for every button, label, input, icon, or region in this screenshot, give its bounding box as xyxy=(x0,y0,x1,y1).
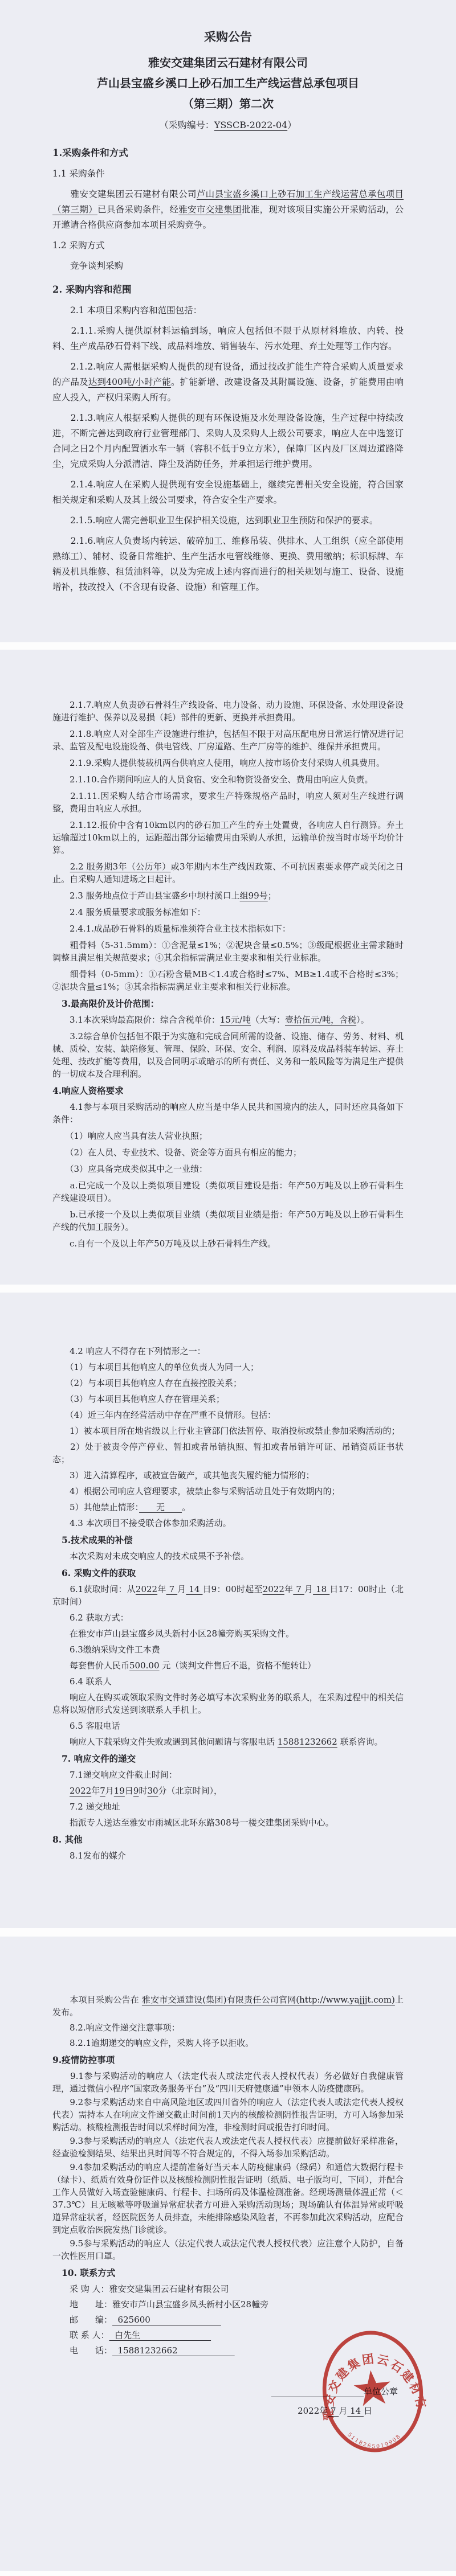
paragraph: 2.1.10.合作期间响应人的人员食宿、安全和物资设备安全、费用由响应人负责。 xyxy=(52,773,404,786)
text-run: 10. 联系方式 xyxy=(62,2267,115,2278)
text-run: 2.4.1.成品砂石骨料的质量标准须符合业主技术指标如下： xyxy=(52,924,291,934)
text-run: ）。 xyxy=(356,1015,369,1025)
text-run: 6.2 获取方式： xyxy=(52,1613,129,1623)
paragraph: 2.4.1.成品砂石骨料的质量标准须符合业主技术指标如下： xyxy=(52,922,404,935)
text-run: 2.1.7.响应人负责砂石骨料生产线设备、电力设备、动力设施、环保设备、水处理设… xyxy=(52,700,404,723)
text-run: 9.4参加采购活动的响应人提前准备好当天本人防疫健康码（绿码）和通信大数据行程卡… xyxy=(52,2162,404,2235)
paragraph: 响应人在购买或领取采购文件时务必填写本次采购业务的联系人，在采购过程中的相关信息… xyxy=(52,1691,404,1716)
text-run: 6.5 客服电话 xyxy=(52,1721,120,1731)
text-run: 时 xyxy=(139,1786,147,1796)
text-run: 2.4 服务质量要求或服务标准如下： xyxy=(52,907,206,917)
paragraph: 9.2参与采购活动来自中高风险地区或四川省外的响应人（法定代表人或法定代表人授权… xyxy=(52,2096,404,2134)
doc-subtitle: （第三期）第二次 xyxy=(52,93,404,114)
text-run: 元（谈判文件售后不退，资格不能转让） xyxy=(160,1660,316,1671)
paragraph: 9.4参加采购活动的响应人提前准备好当天本人防疫健康码（绿码）和通信大数据行程卡… xyxy=(52,2161,404,2236)
paragraph: 细骨料（0-5mm）：①石粉含量MB＜1.4或合格时≤7%、MB≥1.4或不合格… xyxy=(52,968,404,993)
underlined-text xyxy=(271,2386,364,2397)
text-run: 响应人在购买或领取采购文件时务必填写本次采购业务的联系人，在采购过程中的相关信息… xyxy=(52,1692,404,1715)
paragraph: 6.2 获取方式： xyxy=(52,1611,404,1624)
paragraph: 2.1.12.报价中含有10km以内的砂石加工产生的弃土处置费，各响应人自行测算… xyxy=(52,819,404,856)
text-run: 3）进入清算程序，或被宣告破产，或其他丧失履约能力情形的； xyxy=(52,1470,315,1480)
text-run: 9.疫情防控事项 xyxy=(52,2054,115,2065)
paragraph: 2.1.1.采购人提供原材料运输到场，响应人包括但不限于从原材料堆放、内转、投料… xyxy=(52,323,404,354)
page-3: 4.2 响应人不得存在下列情形之一： （1）与本项目其他响应人的单位负责人为同一… xyxy=(0,1293,456,1928)
section-heading: 8. 其他 xyxy=(52,1833,404,1846)
underlined-text: 7 xyxy=(328,2406,339,2416)
underlined-text: 无 xyxy=(139,1502,182,1512)
text-run: 本项目采购公告在 xyxy=(52,1995,142,2005)
text-run: 1.2 采购方式 xyxy=(52,240,105,251)
text-run: 已具备采购条件，经 xyxy=(97,204,178,215)
text-run: （3）应具备完成类似其中之一业绩： xyxy=(52,1164,207,1174)
paragraph: 6.1获取时间：从2022年 7 月 14 日9：00时起至2022年 7 月 … xyxy=(52,1583,404,1608)
underlined-text: 14 xyxy=(347,2406,364,2416)
text-run: 联系咨询。 xyxy=(337,1737,383,1747)
paragraph: 4.2 响应人不得存在下列情形之一： xyxy=(52,1345,404,1357)
text-run: 采 购 人：雅安交建集团云石建材有限公司 xyxy=(52,2284,229,2294)
text-run: 6.1获取时间：从 xyxy=(52,1584,136,1594)
paragraph: （2）在人员、专业技术、设备、资金等方面具有相应的能力； xyxy=(52,1146,404,1159)
text-run: 单位公章 xyxy=(364,2386,398,2397)
paragraph: 2.1 本项目采购内容和范围包括： xyxy=(52,303,404,318)
text-run: 每套售价人民币 xyxy=(52,1660,129,1671)
underlined-text: 白先生 xyxy=(109,2330,211,2340)
section-heading: 9.疫情防控事项 xyxy=(52,2054,404,2066)
announcement-date: 2022年 7 月 14 日 xyxy=(52,2405,404,2417)
doc-subtitle: 芦山县宝盛乡溪口上砂石加工生产线运营总承包项目 xyxy=(52,73,404,93)
underlined-text: 2.2 服务期3年（公历年） xyxy=(70,862,171,872)
underlined-text: 500.00 xyxy=(129,1660,160,1671)
text-run: 8. 其他 xyxy=(52,1834,83,1845)
paragraph: 2）处于被责令停产停业、暂扣或者吊销执照、暂扣或者吊销许可证、吊销资质证书状态； xyxy=(52,1441,404,1466)
paragraph: 6.3缴纳采购文件工本费 xyxy=(52,1643,404,1656)
signature-line: 单位公章 xyxy=(52,2385,404,2398)
paragraph: 2.1.9.采购人提供装载机两台供响应人使用，响应人按市场价支付采购人机具费用。 xyxy=(52,757,404,769)
text-run: 2.1.10.合作期间响应人的人员食宿、安全和物资设备安全、费用由响应人负责。 xyxy=(52,774,373,785)
paragraph: （3）与本项目其他响应人存在管理关系； xyxy=(52,1393,404,1405)
procurement-code-line: （采购编号：YSSCB-2022-04） xyxy=(52,117,404,133)
text-run: （2）在人员、专业技术、设备、资金等方面具有相应的能力； xyxy=(52,1147,302,1158)
paragraph: 2.1.7.响应人负责砂石骨料生产线设备、电力设备、动力设施、环保设备、水处理设… xyxy=(52,699,404,724)
underlined-text: 9 xyxy=(133,1786,139,1796)
page-2: 2.1.7.响应人负责砂石骨料生产线设备、电力设备、动力设施、环保设备、水处理设… xyxy=(0,650,456,1285)
underlined-text: 2022 xyxy=(136,1584,157,1594)
paragraph: 地 址：雅安市芦山县宝盛乡凤头新村小区28幢旁 xyxy=(52,2298,404,2311)
page-1: 采购公告雅安交建集团云石建材有限公司芦山县宝盛乡溪口上砂石加工生产线运营总承包项… xyxy=(0,0,456,642)
text-run: 4.2 响应人不得存在下列情形之一： xyxy=(52,1346,206,1356)
paragraph: 本项目采购公告在 雅安市交通建设(集团)有限责任公司官网(http://www.… xyxy=(52,1993,404,2019)
text-run: 2.1.5.响应人需完善职业卫生保护相关设施，达到职业卫生预防和保护的要求。 xyxy=(52,515,378,526)
paragraph: 2.4 服务质量要求或服务标准如下： xyxy=(52,906,404,918)
doc-title: 采购公告 xyxy=(52,28,404,46)
text-run: 年 xyxy=(157,1584,166,1594)
paragraph: 在雅安市芦山县宝盛乡凤头新村小区28幢旁购买采购文件。 xyxy=(52,1627,404,1640)
paragraph: 6.5 客服电话 xyxy=(52,1720,404,1732)
paragraph: （4）近三年内在经营活动中存在严重不良情形。包括： xyxy=(52,1409,404,1421)
paragraph: 3.1本次采购最高限价：综合含税单价：15元/吨（大写：壹拾伍元/吨，含税）。 xyxy=(52,1014,404,1026)
paragraph: 响应人下载采购文件失败或遇到其他问题请与客服电话 15881232662 联系咨… xyxy=(52,1736,404,1748)
paragraph: 2.1.6.响应人负责场内转运、破碎加工、维修吊装、供排水、人工组织（应全部使用… xyxy=(52,534,404,595)
text-run: 芦山县宝盛乡溪口上砂石加工生产线运营总承包项目 xyxy=(97,76,359,90)
text-run: 粗骨料（5-31.5mm）：①含泥量≤1%；②泥块含量≤0.5%；③级配根据业主… xyxy=(52,940,404,963)
page-4: 本项目采购公告在 雅安市交通建设(集团)有限责任公司官网(http://www.… xyxy=(0,1937,456,2571)
paragraph: 3）进入清算程序，或被宣告破产，或其他丧失履约能力情形的； xyxy=(52,1469,404,1482)
underlined-text: 7 xyxy=(100,1786,105,1796)
text-run: 7. 响应文件的递交 xyxy=(62,1753,136,1764)
text-run: 8.1发布的媒介 xyxy=(52,1851,126,1861)
text-run xyxy=(52,862,70,872)
text-run: 日9：00时起至 xyxy=(202,1584,262,1594)
paragraph: b.已承接一个及以上类似项目业绩（类似项目业绩是指：年产50万吨及以上砂石骨料生… xyxy=(52,1208,404,1233)
text-run: （1）响应人应当具有法人营业执照； xyxy=(52,1131,207,1141)
paragraph: （2）与本项目其他响应人存在直接控股关系； xyxy=(52,1377,404,1389)
text-run: 8.2.1逾期递交的响应文件，采购人将予以拒收。 xyxy=(52,2038,254,2048)
text-run: 2.1.8.响应人对全部生产设施进行维护，包括但不限于对高压配电房日常运行情况进… xyxy=(52,729,404,752)
text-run: 1）被本项目所在地省级以上行业主管部门依法暂停、取消投标或禁止参加采购活动的； xyxy=(52,1426,400,1436)
text-run: 9.1参与采购活动的响应人（法定代表人或法定代表人授权代表）务必做好自我健康管理… xyxy=(52,2071,404,2094)
section-heading: 6. 采购文件的获取 xyxy=(52,1567,404,1580)
paragraph: 2.1.2.响应人需根据采购人提供的现有设备，通过技改扩能生产符合采购人质量要求… xyxy=(52,359,404,405)
paragraph: 1）被本项目所在地省级以上行业主管部门依法暂停、取消投标或禁止参加采购活动的； xyxy=(52,1425,404,1437)
section-heading: 4.响应人资格要求 xyxy=(52,1085,404,1097)
text-run: 联 系 人： xyxy=(52,2330,109,2340)
text-run: 月 xyxy=(304,1584,313,1594)
text-run: 4）根据公司响应人管理要求，被禁止参与采购活动且处于有效期内的； xyxy=(52,1486,340,1496)
underlined-text: 625600 xyxy=(112,2315,221,2325)
underlined-text: 2022 xyxy=(70,1786,91,1796)
text-run: （3）与本项目其他响应人存在管理关系； xyxy=(52,1394,225,1404)
paragraph: 2.1.4.响应人在采购人提供现有安全设施基础上，继续完善相关安全设施，符合国家… xyxy=(52,477,404,508)
text-run: （采购编号： xyxy=(160,120,214,130)
text-run: 5.技术成果的补偿 xyxy=(62,1535,133,1545)
paragraph: 8.2.响应文件递交注意事项： xyxy=(52,2021,404,2034)
paragraph: 电 话： 15881232662 xyxy=(52,2344,404,2357)
text-run: 6.4 联系人 xyxy=(52,1676,112,1687)
paragraph: 2.1.5.响应人需完善职业卫生保护相关设施，达到职业卫生预防和保护的要求。 xyxy=(52,513,404,528)
text-run: （大写： xyxy=(251,1015,285,1025)
underlined-text: YSSCB-2022-04 xyxy=(214,120,287,130)
paragraph: 1.1 采购条件 xyxy=(52,166,404,182)
text-run: 月 xyxy=(105,1786,114,1796)
paragraph: 6.4 联系人 xyxy=(52,1675,404,1688)
paragraph: 粗骨料（5-31.5mm）：①含泥量≤1%；②泥块含量≤0.5%；③级配根据业主… xyxy=(52,939,404,964)
text-run: ） xyxy=(287,120,296,130)
text-run: 在雅安市芦山县宝盛乡凤头新村小区28幢旁购买采购文件。 xyxy=(52,1629,294,1639)
text-run: 6.3缴纳采购文件工本费 xyxy=(52,1644,160,1655)
text-run: 2.1.4.响应人在采购人提供现有安全设施基础上，继续完善相关安全设施，符合国家… xyxy=(52,479,404,505)
paragraph: 2022年7月19日9时30分（北京时间）， xyxy=(52,1785,404,1797)
text-run: 6. 采购文件的获取 xyxy=(62,1568,136,1578)
paragraph: 9.5参与采购活动的响应人（法定代表人或法定代表人授权代表）应注意个人防护，自备… xyxy=(52,2237,404,2262)
text-run: 分（北京时间）， xyxy=(158,1786,223,1796)
paragraph: 2.1.3.响应人根据采购人提供的现有环保设施及水处理设备设施，生产过程中持续改… xyxy=(52,411,404,472)
paragraph: 每套售价人民币500.00 元（谈判文件售后不退，资格不能转让） xyxy=(52,1659,404,1672)
text-run: 4.1参与本项目采购活动的响应人应当是中华人民共和国境内的法人，同时还应具备如下… xyxy=(52,1102,404,1125)
underlined-text: 18 xyxy=(313,1584,329,1594)
text-run: 1.1 采购条件 xyxy=(52,169,105,179)
underlined-text: 7 xyxy=(293,1584,304,1594)
paragraph: 2.1.8.响应人对全部生产设施进行维护，包括但不限于对高压配电房日常运行情况进… xyxy=(52,728,404,753)
paragraph: （1）响应人应当具有法人营业执照； xyxy=(52,1130,404,1142)
text-run: （2）与本项目其他响应人存在直接控股关系； xyxy=(52,1378,242,1388)
text-run: 2.1.12.报价中含有10km以内的砂石加工产生的弃土处置费，各响应人自行测算… xyxy=(52,820,404,855)
text-run: 本次采购对未成交响应人的技术成果不予补偿。 xyxy=(52,1551,249,1561)
section-heading: 2. 采购内容和范围 xyxy=(52,282,404,297)
paragraph: 8.1发布的媒介 xyxy=(52,1849,404,1862)
text-run: 。 xyxy=(182,1502,190,1512)
section-heading: 3.最高限价及计价范围： xyxy=(52,998,404,1010)
text-run: 9.5参与采购活动的响应人（法定代表人或法定代表人授权代表）应注意个人防护，自备… xyxy=(52,2238,404,2261)
underlined-text: 2022 xyxy=(263,1584,284,1594)
text-run: 月 xyxy=(339,2406,347,2416)
text-run: 电 话： xyxy=(52,2345,112,2356)
text-run: 年 xyxy=(91,1786,100,1796)
text-run: 地 址：雅安市芦山县宝盛乡凤头新村小区28幢旁 xyxy=(52,2299,268,2310)
underlined-text: 雅安市交通建设(集团)有限责任公司官网(http://www.yajjjt.co… xyxy=(142,1995,395,2005)
text-run: 邮 编： xyxy=(52,2315,112,2325)
text-run: 指派专人送达至雅安市雨城区北环东路308号一楼交建集团采购中心。 xyxy=(52,1818,334,1828)
paragraph: 2.1.11.因采购人结合市场需求，要求生产特殊规格产品时，响应人须对生产线进行… xyxy=(52,790,404,815)
text-run: 2）处于被责令停产停业、暂扣或者吊销执照、暂扣或者吊销许可证、吊销资质证书状态； xyxy=(52,1442,404,1465)
underlined-text: 15881232662 xyxy=(112,2345,235,2356)
paragraph: 联 系 人： 白先生 xyxy=(52,2329,404,2341)
paragraph: 采 购 人：雅安交建集团云石建材有限公司 xyxy=(52,2283,404,2295)
section-heading: 7. 响应文件的递交 xyxy=(52,1753,404,1765)
text-run: 2.1.6.响应人负责场内转运、破碎加工、维修吊装、供排水、人工组织（应全部使用… xyxy=(52,536,404,592)
text-run: 4.响应人资格要求 xyxy=(52,1085,124,1096)
document-pages: 采购公告雅安交建集团云石建材有限公司芦山县宝盛乡溪口上砂石加工生产线运营总承包项… xyxy=(0,0,456,2571)
paragraph: 7.1递交响应文件截止时间： xyxy=(52,1769,404,1781)
text-run: 2.1.1.采购人提供原材料运输到场，响应人包括但不限于从原材料堆放、内转、投料… xyxy=(52,326,404,351)
underlined-text: 组99号 xyxy=(240,891,268,901)
text-run: 3.1本次采购最高限价：综合含税单价： xyxy=(52,1015,220,1025)
text-run: 7.2 递交地址 xyxy=(52,1802,120,1812)
paragraph: （1）与本项目其他响应人的单位负责人为同一人； xyxy=(52,1361,404,1373)
underlined-text: 14 xyxy=(186,1584,202,1594)
paragraph: 1.2 采购方式 xyxy=(52,238,404,253)
paragraph: 指派专人送达至雅安市雨城区北环东路308号一楼交建集团采购中心。 xyxy=(52,1816,404,1829)
paragraph: （3）应具备完成类似其中之一业绩： xyxy=(52,1163,404,1175)
paragraph: 邮 编： 625600 xyxy=(52,2314,404,2326)
underlined-text: 19 xyxy=(114,1786,125,1796)
text-run: 响应人下载采购文件失败或遇到其他问题请与客服电话 xyxy=(52,1737,278,1747)
underlined-text: 7 xyxy=(166,1584,178,1594)
underlined-text: 30 xyxy=(147,1786,158,1796)
underlined-text: 雅安市交建集团 xyxy=(178,204,242,215)
paragraph: 雅安交建集团云石建材有限公司芦山县宝盛乡溪口上砂石加工生产线运营总承包项目（第三… xyxy=(52,187,404,233)
text-run: 8.2.响应文件递交注意事项： xyxy=(52,2023,180,2033)
text-run: 日 xyxy=(125,1786,133,1796)
text-run: 细骨料（0-5mm）：①石粉含量MB＜1.4或合格时≤7%、MB≥1.4或不合格… xyxy=(52,969,404,992)
text-run: 2. 采购内容和范围 xyxy=(52,284,131,295)
text-run: 采购公告 xyxy=(204,30,252,44)
text-run: （1）与本项目其他响应人的单位负责人为同一人； xyxy=(52,1362,259,1372)
underlined-text: 达到400吨/小时产能 xyxy=(88,377,171,387)
paragraph: 4.1参与本项目采购活动的响应人应当是中华人民共和国境内的法人，同时还应具备如下… xyxy=(52,1101,404,1126)
paragraph: a.已完成一个及以上类似项目建设（类似项目建设是指：年产50万吨及以上砂石骨料生… xyxy=(52,1179,404,1204)
paragraph: 9.1参与采购活动的响应人（法定代表人或法定代表人授权代表）务必做好自我健康管理… xyxy=(52,2070,404,2095)
section-heading: 5.技术成果的补偿 xyxy=(52,1534,404,1547)
underlined-text: 壹拾伍元/吨，含税 xyxy=(285,1015,356,1025)
paragraph: 2.3 服务地点位于芦山县宝盛乡中坝村溪口上组99号； xyxy=(52,889,404,902)
text-run: 3.2综合单价包括但不限于为实施和完成合同所需的设备、设施、储存、劳务、材料、机… xyxy=(52,1031,404,1079)
text-run: 2.3 服务地点位于芦山县宝盛乡中坝村溪口上 xyxy=(52,891,240,901)
text-run: ； xyxy=(268,891,276,901)
underlined-text: 15元/吨 xyxy=(220,1015,251,1025)
text-run: 雅安交建集团云石建材有限公司 xyxy=(148,56,308,69)
text-run: 9.3参与采购活动的响应人（法定代表人或法定代表人授权代表）应提前做好采样准备，… xyxy=(52,2136,404,2159)
text-run: 2.1.11.因采购人结合市场需求，要求生产特殊规格产品时，响应人须对生产线进行… xyxy=(52,791,404,814)
paragraph: 3.2综合单价包括但不限于为实施和完成合同所需的设备、设施、储存、劳务、材料、机… xyxy=(52,1030,404,1080)
paragraph: 4）根据公司响应人管理要求，被禁止参与采购活动且处于有效期内的； xyxy=(52,1485,404,1498)
text-run: （第三期）第二次 xyxy=(182,97,274,110)
text-run: 月 xyxy=(177,1584,186,1594)
text-run: 3.最高限价及计价范围： xyxy=(62,998,159,1009)
text-run: 2022年 xyxy=(298,2406,328,2416)
text-run: 5）其他禁止情形： xyxy=(52,1502,139,1512)
text-run: 雅安交建集团云石建材有限公司 xyxy=(52,189,197,199)
paragraph: 2.2 服务期3年（公历年）或3年期内本生产线因政策、不可抗因素要求停产或关闭之… xyxy=(52,860,404,885)
section-heading: 1.采购条件和方式 xyxy=(52,145,404,161)
text-run: （4）近三年内在经营活动中存在严重不良情形。包括： xyxy=(52,1410,276,1420)
text-run: 年 xyxy=(284,1584,293,1594)
text-run: b.已承接一个及以上类似项目业绩（类似项目业绩是指：年产50万吨及以上砂石骨料生… xyxy=(52,1209,404,1232)
doc-subtitle: 雅安交建集团云石建材有限公司 xyxy=(52,52,404,73)
text-run: a.已完成一个及以上类似项目建设（类似项目建设是指：年产50万吨及以上砂石骨料生… xyxy=(52,1180,404,1203)
text-run: c.自有一个及以上年产50万吨及以上砂石骨料生产线。 xyxy=(52,1238,276,1249)
paragraph: 8.2.1逾期递交的响应文件，采购人将予以拒收。 xyxy=(52,2037,404,2049)
text-run: 2.1.9.采购人提供装载机两台供响应人使用，响应人按市场价支付采购人机具费用。 xyxy=(52,758,385,768)
text-run: 2.1.3.响应人根据采购人提供的现有环保设施及水处理设备设施，生产过程中持续改… xyxy=(52,413,404,469)
paragraph: 9.3参与采购活动的响应人（法定代表人或法定代表人授权代表）应提前做好采样准备，… xyxy=(52,2135,404,2160)
paragraph: 4.3 本次项目不接受联合体参加采购活动。 xyxy=(52,1517,404,1529)
paragraph: c.自有一个及以上年产50万吨及以上砂石骨料生产线。 xyxy=(52,1237,404,1250)
text-run: 日 xyxy=(364,2406,372,2416)
underlined-text: 15881232662 xyxy=(278,1737,337,1747)
procurement-announcement-document: 采购公告雅安交建集团云石建材有限公司芦山县宝盛乡溪口上砂石加工生产线运营总承包项… xyxy=(0,0,456,2571)
text-run: 2.1 本项目采购内容和范围包括： xyxy=(52,305,202,315)
text-run: 7.1递交响应文件截止时间： xyxy=(52,1770,177,1780)
section-heading: 10. 联系方式 xyxy=(52,2267,404,2279)
paragraph: 7.2 递交地址 xyxy=(52,1800,404,1813)
text-run: 竞争谈判采购 xyxy=(52,261,123,271)
text-run: 1.采购条件和方式 xyxy=(52,147,128,158)
paragraph: 竞争谈判采购 xyxy=(52,259,404,274)
paragraph: 本次采购对未成交响应人的技术成果不予补偿。 xyxy=(52,1550,404,1562)
text-run xyxy=(52,1786,70,1796)
paragraph: 5）其他禁止情形： 无 。 xyxy=(52,1501,404,1513)
text-run: 9.2参与采购活动来自中高风险地区或四川省外的响应人（法定代表人或法定代表人授权… xyxy=(52,2097,404,2132)
text-run: 4.3 本次项目不接受联合体参加采购活动。 xyxy=(52,1518,231,1528)
